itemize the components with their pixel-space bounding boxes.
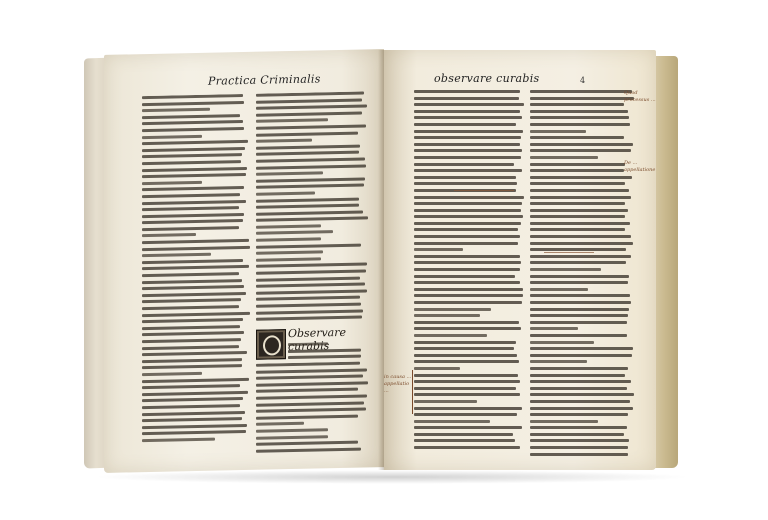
text-line: [142, 233, 196, 237]
text-line: [414, 341, 516, 344]
text-line: [414, 439, 515, 442]
text-line: [414, 433, 513, 436]
text-line: [414, 209, 521, 212]
text-line: [256, 263, 367, 268]
text-line: [142, 410, 245, 415]
text-line: [256, 204, 359, 209]
text-line: [142, 325, 240, 330]
text-line: [256, 237, 321, 241]
text-line: [256, 414, 358, 419]
text-line: [530, 215, 625, 218]
text-line: [530, 334, 627, 337]
text-line: [530, 123, 630, 126]
text-line: [256, 269, 366, 274]
text-line: [142, 345, 239, 350]
text-line: [256, 111, 362, 116]
text-line: [414, 116, 522, 119]
text-line: [530, 222, 630, 225]
text-line: [414, 143, 520, 146]
text-line: [256, 210, 363, 215]
text-line: [142, 199, 246, 204]
text-line: [530, 294, 630, 297]
handwritten-annotation-1: Quod processus ...: [624, 90, 664, 104]
text-line: [530, 90, 632, 93]
text-line: [142, 272, 239, 277]
text-line: [256, 283, 365, 288]
book-photo: Practica Criminalis Observare curabis ob…: [0, 0, 768, 520]
text-line: [530, 163, 625, 166]
text-line: [414, 268, 520, 271]
text-line: [142, 239, 249, 244]
text-line: [530, 268, 601, 271]
text-line: [530, 97, 634, 100]
text-line: [414, 400, 477, 403]
text-line: [530, 367, 628, 370]
text-line: [530, 110, 628, 113]
text-line: [256, 184, 364, 189]
text-line: [256, 296, 360, 301]
text-line: [414, 275, 515, 278]
text-line: [256, 105, 367, 110]
text-line: [256, 157, 365, 162]
text-line: [142, 253, 211, 257]
text-line: [256, 164, 366, 169]
text-line: [256, 276, 360, 281]
text-line: [530, 261, 626, 264]
text-line: [142, 193, 240, 198]
text-line: [530, 433, 624, 436]
text-line: [256, 309, 363, 314]
text-line: [530, 116, 629, 119]
text-line: [414, 228, 518, 231]
folio-number: 4: [580, 76, 585, 85]
text-line: [142, 305, 239, 310]
text-line: [414, 163, 514, 166]
text-line: [256, 362, 360, 367]
text-line: [414, 123, 516, 126]
text-line: [142, 358, 242, 363]
text-line: [256, 368, 367, 373]
text-line: [256, 394, 367, 399]
text-line: [530, 143, 633, 146]
text-line: [530, 360, 587, 363]
decorated-initial-o: [256, 329, 286, 360]
text-line: [256, 217, 368, 222]
text-line: [530, 387, 627, 390]
text-line: [414, 420, 490, 423]
text-line: [530, 281, 628, 284]
text-line: [142, 351, 247, 356]
text-line: [414, 393, 520, 396]
text-line: [142, 120, 243, 125]
text-line: [530, 426, 627, 429]
text-line: [414, 321, 519, 324]
text-line: [142, 173, 246, 178]
text-line: [414, 110, 520, 113]
text-line: [142, 226, 239, 231]
text-line: [414, 354, 517, 357]
text-line: [142, 186, 244, 191]
text-line: [256, 401, 364, 406]
text-line: [530, 439, 629, 442]
text-line: [414, 413, 517, 416]
text-line: [256, 177, 365, 182]
text-line: [142, 364, 242, 369]
text-line: [414, 255, 520, 258]
text-line: [256, 388, 358, 393]
text-line: [142, 246, 250, 251]
text-line: [530, 400, 630, 403]
text-line: [142, 318, 243, 323]
text-line: [256, 243, 361, 248]
text-line: [530, 288, 588, 291]
right-running-head: observare curabis: [434, 72, 539, 85]
text-line: [530, 176, 632, 179]
text-line: [142, 134, 202, 138]
text-line: [142, 391, 248, 396]
text-line: [414, 176, 516, 179]
text-line: [414, 222, 521, 225]
text-line: [530, 446, 628, 449]
text-line: [256, 422, 304, 426]
text-line: [414, 301, 522, 304]
text-line: [142, 153, 242, 158]
text-line: [142, 166, 247, 171]
text-line: [256, 381, 368, 386]
text-line: [288, 342, 328, 346]
text-line: [414, 235, 520, 238]
text-line: [414, 380, 520, 383]
text-line: [142, 311, 250, 316]
text-line: [530, 413, 628, 416]
text-line: [530, 374, 625, 377]
text-line: [142, 384, 240, 389]
text-line: [414, 334, 487, 337]
text-line: [142, 181, 202, 185]
text-line: [530, 420, 598, 423]
text-line: [530, 380, 631, 383]
text-line: [142, 206, 239, 211]
text-line: [414, 90, 520, 93]
text-line: [256, 316, 362, 321]
text-line: [414, 347, 514, 350]
text-line: [256, 289, 367, 294]
text-line: [414, 97, 519, 100]
book-shadow: [92, 470, 692, 484]
text-line: [530, 347, 633, 350]
text-line: [530, 196, 631, 199]
text-line: [414, 327, 521, 330]
text-line: [256, 91, 364, 96]
text-line: [414, 248, 463, 251]
text-line: [256, 408, 366, 413]
text-line: [414, 156, 521, 159]
left-running-head: Practica Criminalis: [208, 72, 321, 87]
text-line: [142, 213, 244, 218]
text-line: [142, 147, 245, 152]
text-line: [414, 387, 516, 390]
text-line: [414, 288, 523, 291]
text-line: [530, 453, 628, 456]
text-line: [256, 171, 323, 175]
underline-mark: [454, 190, 514, 191]
text-line: [256, 139, 312, 143]
text-line: [256, 375, 363, 380]
left-page-text-column-1: [142, 94, 250, 446]
text-line: [256, 428, 328, 433]
text-line: [256, 441, 358, 446]
text-line: [530, 235, 631, 238]
text-line: [142, 160, 241, 165]
text-line: [142, 372, 202, 376]
text-line: [530, 209, 628, 212]
text-line: [288, 348, 361, 353]
text-line: [530, 407, 633, 410]
underline-mark: [544, 252, 594, 253]
text-line: [414, 367, 460, 370]
text-line: [142, 265, 249, 270]
text-line: [530, 354, 632, 357]
text-line: [256, 447, 361, 452]
annotation-bracket: [412, 370, 413, 414]
text-line: [142, 331, 244, 336]
text-line: [414, 281, 520, 284]
text-line: [414, 360, 519, 363]
text-line: [414, 242, 518, 245]
text-line: [414, 294, 523, 297]
text-line: [256, 124, 366, 129]
text-line: [142, 94, 243, 99]
text-line: [530, 149, 631, 152]
text-line: [414, 407, 522, 410]
text-line: [414, 202, 522, 205]
text-line: [142, 430, 246, 435]
text-line: [256, 191, 315, 195]
text-line: [142, 298, 241, 303]
text-line: [530, 301, 631, 304]
text-line: [256, 151, 359, 156]
text-line: [414, 446, 520, 449]
text-line: [142, 259, 243, 264]
text-line: [142, 437, 215, 442]
text-line: [142, 338, 241, 343]
left-page-initial-text: [288, 341, 368, 363]
text-line: [414, 215, 523, 218]
text-line: [142, 140, 248, 145]
text-line: [256, 224, 321, 228]
text-line: [142, 219, 243, 224]
text-line: [530, 202, 625, 205]
text-line: [414, 196, 524, 199]
text-line: [530, 103, 624, 106]
text-line: [530, 393, 634, 396]
left-page: Practica Criminalis Observare curabis: [104, 49, 384, 473]
left-page-text-column-2-lower: [256, 361, 368, 455]
left-page-text-column-2: [256, 91, 368, 323]
text-line: [142, 279, 242, 284]
text-line: [142, 292, 246, 297]
text-line: [414, 314, 480, 317]
text-line: [530, 327, 578, 330]
text-line: [256, 435, 328, 440]
text-line: [530, 275, 629, 278]
text-line: [530, 314, 628, 317]
text-line: [142, 424, 247, 429]
text-line: [142, 285, 244, 290]
text-line: [414, 149, 522, 152]
text-line: [256, 98, 362, 103]
text-line: [256, 144, 360, 149]
text-line: [530, 341, 594, 344]
text-line: [142, 377, 249, 382]
text-line: [530, 321, 627, 324]
text-line: [142, 101, 244, 106]
right-page: observare curabis 4 Quod processus ... D…: [384, 50, 656, 470]
text-line: [530, 189, 629, 192]
text-line: [142, 417, 242, 422]
text-line: [414, 182, 517, 185]
text-line: [530, 156, 598, 159]
text-line: [142, 127, 244, 132]
handwritten-annotation-2: De ... appellatione: [624, 160, 664, 174]
text-line: [530, 242, 633, 245]
text-line: [414, 426, 522, 429]
text-line: [530, 248, 626, 251]
text-line: [142, 108, 210, 112]
text-line: [256, 257, 321, 261]
text-line: [530, 255, 631, 258]
text-line: [414, 130, 523, 133]
text-line: [530, 136, 624, 139]
text-line: [530, 308, 629, 311]
text-line: [414, 374, 518, 377]
text-line: [142, 404, 240, 409]
text-line: [530, 130, 586, 133]
handwritten-annotation-3: in causa ... appellatio ...: [384, 374, 412, 395]
text-line: [414, 261, 521, 264]
text-line: [256, 119, 328, 124]
text-line: [414, 308, 491, 311]
right-page-text-column-1: [414, 90, 524, 452]
text-line: [256, 303, 361, 308]
text-line: [256, 197, 359, 202]
text-line: [142, 397, 243, 402]
text-line: [414, 103, 524, 106]
text-line: [530, 228, 625, 231]
text-line: [414, 169, 522, 172]
text-line: [256, 251, 323, 255]
text-line: [530, 169, 624, 172]
text-line: [142, 114, 240, 119]
text-line: [414, 136, 521, 139]
right-page-text-column-2: [530, 90, 634, 462]
text-line: [288, 355, 361, 360]
text-line: [256, 231, 333, 236]
text-line: [256, 131, 358, 136]
text-line: [530, 182, 625, 185]
